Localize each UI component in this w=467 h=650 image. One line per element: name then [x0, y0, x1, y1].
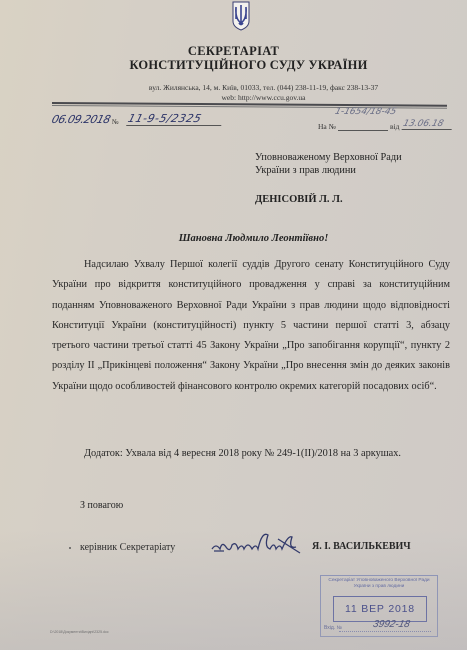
- closing-regards: З повагою: [80, 500, 123, 511]
- outgoing-date: 06.09.2018: [50, 113, 111, 126]
- speck: [69, 547, 71, 549]
- org-website: web: http://www.ccu.gov.ua: [0, 93, 467, 102]
- scanned-letter: СЕКРЕТАРІАТ КОНСТИТУЦІЙНОГО СУДУ УКРАЇНИ…: [0, 0, 467, 650]
- attachment-text: Додаток: Ухвала від 4 вересня 2018 року …: [52, 446, 450, 461]
- outgoing-number-label: №: [112, 118, 119, 126]
- salutation: Шановна Людмило Леонтіївно!: [0, 233, 467, 244]
- letter-body: Надсилаю Ухвалу Першої колегії суддів Др…: [52, 255, 450, 397]
- org-name-line2: КОНСТИТУЦІЙНОГО СУДУ УКРАЇНИ: [0, 58, 467, 73]
- recipient-line1: Уповноваженому Верховної Ради: [255, 152, 402, 165]
- body-paragraph: Надсилаю Ухвалу Першої колегії суддів Др…: [52, 255, 450, 397]
- footer-file-path: D:\2018\Документи\Вихідні\2325.doc: [50, 630, 109, 634]
- recipient-block: Уповноваженому Верховної Ради України з …: [255, 152, 402, 177]
- incoming-number-line: [338, 130, 388, 131]
- recipient-line2: України з прав людини: [255, 165, 402, 178]
- received-stamp: Секретаріат Уповноваженого Верховної Рад…: [320, 575, 438, 637]
- org-address: вул. Жилянська, 14, м. Київ, 01033, тел.…: [0, 83, 467, 92]
- stamp-header: Секретаріат Уповноваженого Верховної Рад…: [321, 578, 437, 589]
- recipient-name: ДЕНІСОВІЙ Л. Л.: [255, 194, 343, 205]
- org-name-line1: СЕКРЕТАРІАТ: [0, 44, 467, 59]
- incoming-handwritten-ref: 1-1654/18-45: [334, 107, 398, 117]
- incoming-date-label: від: [390, 122, 399, 131]
- ukraine-trident-icon: [232, 1, 250, 31]
- stamp-number: 3992-18: [372, 619, 411, 630]
- stamp-underline: [339, 631, 431, 632]
- handwritten-signature-icon: [210, 527, 305, 559]
- signatory-name: Я. І. ВАСИЛЬКЕВИЧ: [312, 541, 411, 552]
- incoming-date: 13.06.18: [402, 119, 455, 130]
- outgoing-number: 11-9-5/2325: [126, 112, 225, 126]
- attachment-note: Додаток: Ухвала від 4 вересня 2018 року …: [52, 446, 450, 461]
- incoming-number-label: На №: [318, 122, 336, 131]
- signatory-title: керівник Секретаріату: [80, 542, 175, 553]
